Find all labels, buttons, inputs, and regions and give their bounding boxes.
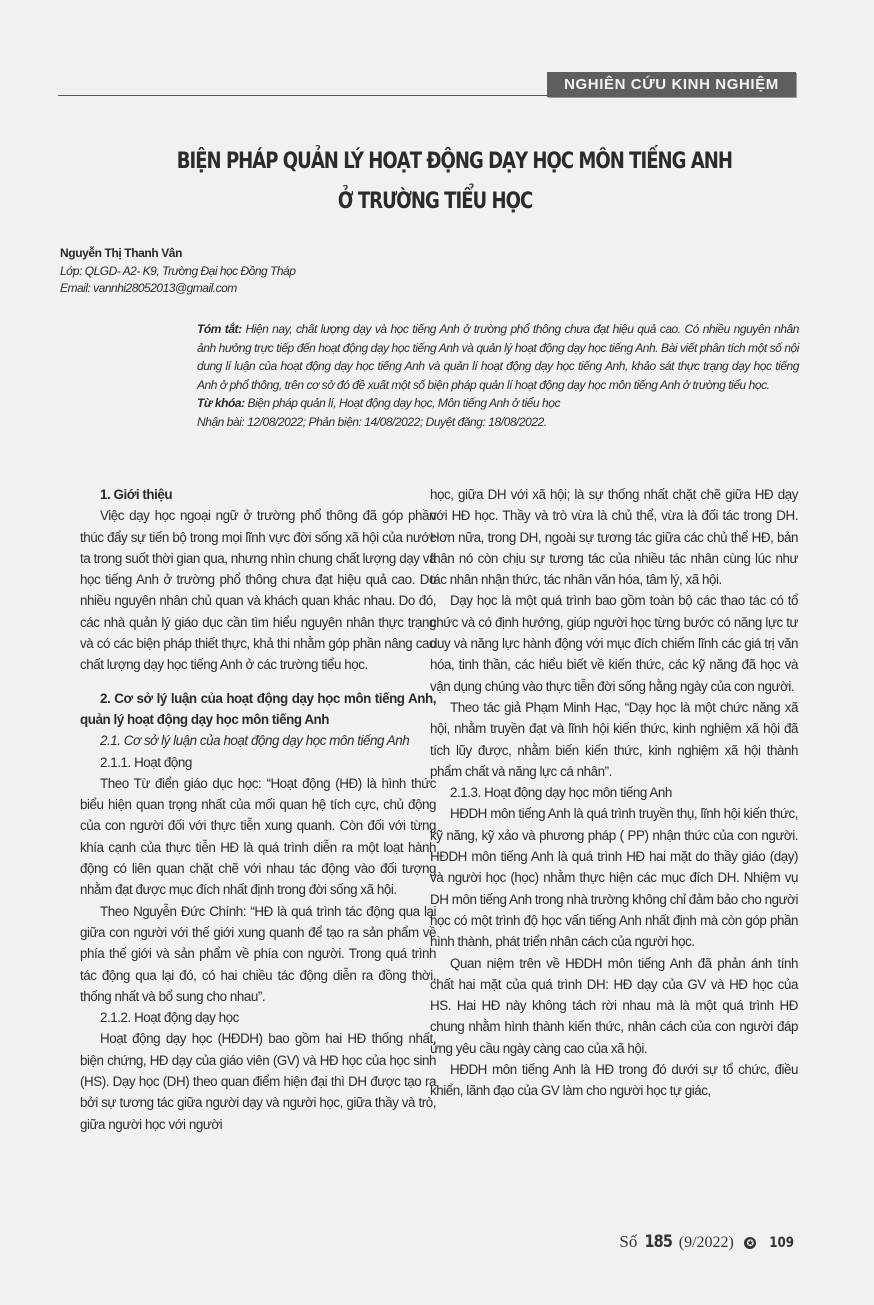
paragraph: Hoạt động dạy học (HĐDH) bao gồm hai HĐ …	[80, 1028, 436, 1134]
title-line-2: Ở TRƯỜNG TIỂU HỌC	[177, 182, 694, 222]
author-affiliation: Lớp: QLGD- A2- K9, Trường Đại học Đồng T…	[60, 263, 295, 281]
paragraph: HĐDH môn tiếng Anh là HĐ trong đó dưới s…	[430, 1059, 798, 1102]
heading-section-2-1: 2.1. Cơ sở lý luận của hoạt động dạy học…	[80, 730, 436, 751]
paragraph: học, giữa DH với xã hội; là sự thống nhấ…	[430, 484, 798, 590]
page-number: 109	[769, 1235, 794, 1251]
keywords-text: Biện pháp quản lí, Hoạt động dạy học, Mô…	[245, 396, 560, 410]
abstract-keywords: Từ khóa: Biện pháp quản lí, Hoạt động dạ…	[197, 394, 799, 413]
issue-prefix: Số	[619, 1232, 637, 1251]
body-column-left: 1. Giới thiệu Việc dạy học ngoại ngữ ở t…	[80, 484, 436, 1135]
author-name: Nguyễn Thị Thanh Vân	[60, 245, 295, 263]
paragraph: Việc dạy học ngoại ngữ ở trường phổ thôn…	[80, 505, 436, 675]
summary-text: Hiện nay, chất lượng dạy và học tiếng An…	[197, 322, 799, 392]
heading-section-2-1-1: 2.1.1. Hoạt động	[80, 752, 436, 773]
abstract-dates: Nhận bài: 12/08/2022; Phản biện: 14/08/2…	[197, 413, 799, 432]
keywords-label: Từ khóa:	[197, 396, 245, 410]
paragraph: Quan niệm trên về HĐDH môn tiếng Anh đã …	[430, 953, 798, 1059]
body-column-right: học, giữa DH với xã hội; là sự thống nhấ…	[430, 484, 798, 1102]
paragraph: Theo Nguyễn Đức Chính: “HĐ là quá trình …	[80, 901, 436, 1007]
abstract-summary: Tóm tắt: Hiện nay, chất lượng dạy và học…	[197, 320, 799, 394]
author-block: Nguyễn Thị Thanh Vân Lớp: QLGD- A2- K9, …	[60, 245, 295, 298]
header-rule	[58, 95, 548, 96]
paragraph: Theo Từ điển giáo dục học: “Hoạt động (H…	[80, 773, 436, 901]
journal-page: NGHIÊN CỨU KINH NGHIỆM BIỆN PHÁP QUẢN LÝ…	[0, 0, 874, 1305]
paragraph: Theo tác giả Phạm Minh Hạc, “Dạy học là …	[430, 697, 798, 782]
article-title: BIỆN PHÁP QUẢN LÝ HOẠT ĐỘNG DẠY HỌC MÔN …	[177, 142, 694, 222]
paragraph: HĐDH môn tiếng Anh là quá trình truyền t…	[430, 803, 798, 952]
summary-label: Tóm tắt:	[197, 322, 242, 336]
page-footer: Số 185 (9/2022) ✪ 109	[560, 1232, 796, 1252]
heading-section-2-1-3: 2.1.3. Hoạt động dạy học môn tiếng Anh	[430, 782, 798, 803]
author-email[interactable]: Email: vannhi28052013@gmail.com	[60, 280, 295, 298]
title-line-1: BIỆN PHÁP QUẢN LÝ HOẠT ĐỘNG DẠY HỌC MÔN …	[177, 142, 694, 182]
heading-section-2-1-2: 2.1.2. Hoạt động dạy học	[80, 1007, 436, 1028]
section-banner: NGHIÊN CỨU KINH NGHIỆM	[547, 72, 796, 97]
heading-section-2: 2. Cơ sở lý luận của hoạt động dạy học m…	[80, 688, 436, 731]
issue-date: (9/2022)	[679, 1234, 734, 1251]
issue-number: 185	[644, 1232, 672, 1252]
abstract-block: Tóm tắt: Hiện nay, chất lượng dạy và học…	[197, 320, 799, 432]
heading-introduction: 1. Giới thiệu	[80, 484, 436, 505]
star-icon: ✪	[744, 1237, 756, 1249]
paragraph: Dạy học là một quá trình bao gồm toàn bộ…	[430, 590, 798, 696]
